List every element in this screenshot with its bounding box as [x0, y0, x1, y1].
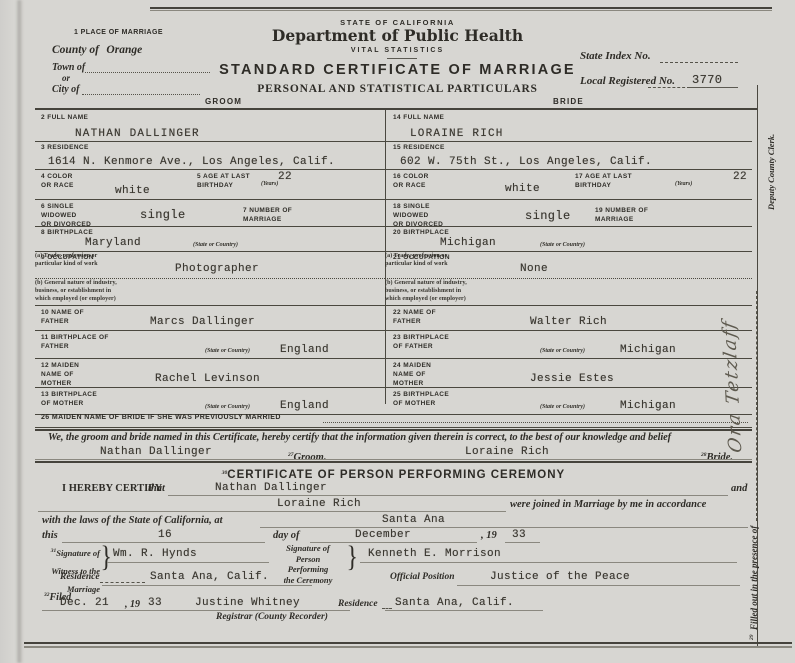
- official-position-label: Official Position: [390, 572, 454, 582]
- marriage-certificate-scan: 1 PLACE OF MARRIAGE County of Orange Tow…: [0, 0, 795, 663]
- official-position-underline: [457, 585, 740, 586]
- department-title: Department of Public Health: [0, 26, 795, 45]
- ceremony-title: CERTIFICATE OF PERSON PERFORMING CEREMON…: [227, 469, 565, 481]
- registrar-name: Justine Whitney: [195, 597, 300, 609]
- bride-marriage-number-label: 19 NUMBER OF MARRIAGE: [595, 206, 648, 224]
- bride-status-label: 18 SINGLE WIDOWED OR DIVORCED: [393, 202, 443, 229]
- margin-clerk-title-wrap: Deputy County Clerk.: [761, 100, 773, 210]
- bride-status-value: single: [525, 209, 571, 223]
- attestation-bride-signature: Loraine Rich: [465, 446, 549, 458]
- attestation-statement: We, the groom and bride named in this Ce…: [48, 432, 754, 443]
- local-registered-underline: [690, 87, 738, 88]
- that-text: that: [148, 483, 165, 494]
- witness-name: Wm. R. Hynds: [113, 548, 197, 560]
- groom-status-value: single: [140, 208, 186, 222]
- performer-name-underline: [360, 562, 737, 563]
- filed-residence-value: Santa Ana, Calif.: [395, 597, 514, 609]
- local-registered-line: [648, 87, 690, 88]
- day-of-text: day of: [273, 530, 300, 541]
- margin-sup: 29: [749, 635, 755, 641]
- clerk-signature: Ora Tetzlaff: [719, 318, 747, 454]
- bride-father-row: 22 NAME OF FATHER Walter Rich: [385, 306, 752, 331]
- previous-marriage-row: 26 MAIDEN NAME OF BRIDE IF SHE WAS PREVI…: [35, 404, 752, 428]
- bureau-title: VITAL STATISTICS: [0, 46, 795, 56]
- bride-father-birthplace-row: 23 BIRTHPLACE OF FATHER (State or Countr…: [385, 331, 752, 359]
- bride-mother-label: 24 MAIDEN NAME OF MOTHER: [393, 361, 431, 388]
- groom-full-name-value: NATHAN DALLINGER: [75, 128, 200, 140]
- filed-year-value: 33: [148, 597, 162, 609]
- bride-birthplace-label: 20 BIRTHPLACE: [393, 228, 449, 237]
- bride-age-label: 17 AGE AT LAST BIRTHDAY: [575, 172, 632, 190]
- performer-label: Signature of Person Performing the Cerem…: [277, 543, 339, 586]
- year-prefix-text: , 19: [481, 530, 497, 541]
- day-value: 16: [158, 529, 172, 541]
- groom-occupation-label: 9 OCCUPATION: [41, 253, 94, 262]
- filed-date-value: Dec. 21: [60, 597, 109, 609]
- filed-underline: [42, 610, 350, 611]
- table-top-rule: [35, 108, 757, 110]
- bride-full-name-label: 14 FULL NAME: [393, 113, 444, 122]
- groom-full-name-row: 2 FULL NAME NATHAN DALLINGER: [35, 111, 385, 142]
- place-value: Santa Ana: [382, 514, 445, 526]
- bride-occupation-label: 21 OCCUPATION: [393, 253, 450, 262]
- groom-column-label: GROOM: [205, 96, 242, 107]
- section-rule-2: [35, 461, 752, 463]
- groom-color-label: 4 COLOR OR RACE: [41, 172, 74, 190]
- filed-residence-leader: [382, 608, 392, 609]
- groom-father-birthplace-row: 11 BIRTHPLACE OF FATHER (State or Countr…: [35, 331, 385, 359]
- state-index-line: [660, 62, 738, 63]
- filed-residence-label: Residence: [338, 599, 378, 609]
- groom-birthplace-hint: (State or Country): [193, 242, 238, 248]
- bottom-rule-2: [24, 646, 792, 648]
- clerk-title: Deputy County Clerk.: [766, 134, 776, 210]
- bride-father-birthplace-value: Michigan: [620, 344, 676, 356]
- bride-full-name-value: LORAINE RICH: [410, 128, 504, 140]
- ceremony-groom-name: Nathan Dallinger: [215, 482, 327, 494]
- bride-status-row: 18 SINGLE WIDOWED OR DIVORCED single 19 …: [385, 200, 752, 227]
- groom-color-value: white: [115, 185, 150, 197]
- bride-residence-row: 15 RESIDENCE 602 W. 75th St., Los Angele…: [385, 142, 752, 170]
- bride-column: 14 FULL NAME LORAINE RICH 15 RESIDENCE 6…: [385, 111, 752, 415]
- groom-birthplace-row: 8 BIRTHPLACE Maryland (State or Country): [35, 227, 385, 252]
- certificate-subtitle: PERSONAL AND STATISTICAL PARTICULARS: [0, 83, 795, 95]
- groom-occupation-b-row: (b) General nature of industry, business…: [35, 279, 385, 306]
- performer-name: Kenneth E. Morrison: [368, 548, 501, 560]
- groom-marriage-number-label: 7 NUMBER OF MARRIAGE: [243, 206, 292, 224]
- groom-column: 2 FULL NAME NATHAN DALLINGER 3 RESIDENCE…: [35, 111, 385, 415]
- ceremony-title-group: 30CERTIFICATE OF PERSON PERFORMING CEREM…: [35, 465, 752, 483]
- laws-text: with the laws of the State of California…: [42, 515, 223, 526]
- groom-father-row: 10 NAME OF FATHER Marcs Dallinger: [35, 306, 385, 331]
- bride-occupation-b-row: (b) General nature of industry, business…: [385, 279, 752, 306]
- bride-residence-value: 602 W. 75th St., Los Angeles, Calif.: [400, 156, 652, 168]
- witness-residence-leader: [100, 582, 145, 583]
- ceremony-line-3: [260, 527, 748, 528]
- groom-full-name-label: 2 FULL NAME: [41, 113, 88, 122]
- groom-age-label: 5 AGE AT LAST BIRTHDAY: [197, 172, 250, 190]
- groom-mother-row: 12 MAIDEN NAME OF MOTHER Rachel Levinson: [35, 359, 385, 388]
- this-text: this: [42, 530, 58, 541]
- groom-father-value: Marcs Dallinger: [150, 316, 255, 328]
- groom-birthplace-value: Maryland: [85, 237, 141, 249]
- filed-year-prefix: , 19: [125, 599, 140, 610]
- previous-marriage-leader: [323, 422, 748, 423]
- top-rule: [150, 7, 772, 9]
- groom-age-unit: (Years): [261, 181, 278, 187]
- groom-mother-value: Rachel Levinson: [155, 373, 260, 385]
- state-index-label: State Index No.: [580, 50, 651, 62]
- groom-father-birthplace-hint: (State or Country): [205, 348, 250, 354]
- bride-father-label: 22 NAME OF FATHER: [393, 308, 436, 326]
- registrar-label: Registrar (County Recorder): [216, 612, 328, 622]
- groom-status-label: 6 SINGLE WIDOWED OR DIVORCED: [41, 202, 91, 229]
- witness-residence-value: Santa Ana, Calif.: [150, 571, 269, 583]
- bride-occupation-sub-b: (b) General nature of industry, business…: [385, 279, 752, 303]
- bride-birthplace-hint: (State or Country): [540, 242, 585, 248]
- bride-occupation-value: None: [520, 263, 548, 275]
- bride-father-value: Walter Rich: [530, 316, 607, 328]
- official-position-value: Justice of the Peace: [490, 571, 630, 583]
- bride-birthplace-value: Michigan: [440, 237, 496, 249]
- certificate-title: STANDARD CERTIFICATE OF MARRIAGE: [0, 62, 795, 78]
- groom-mother-label: 12 MAIDEN NAME OF MOTHER: [41, 361, 79, 388]
- groom-residence-value: 1614 N. Kenmore Ave., Los Angeles, Calif…: [48, 156, 335, 168]
- bride-color-value: white: [505, 183, 540, 195]
- margin-signature-wrap: Ora Tetzlaff: [722, 212, 750, 452]
- bride-column-label: BRIDE: [553, 96, 584, 107]
- local-registered-value: 3770: [692, 73, 722, 87]
- bride-full-name-row: 14 FULL NAME LORAINE RICH: [385, 111, 752, 142]
- bride-color-age-row: 16 COLOR OR RACE 17 AGE AT LAST BIRTHDAY…: [385, 170, 752, 200]
- groom-father-label: 10 NAME OF FATHER: [41, 308, 84, 326]
- year-value: 33: [512, 529, 526, 541]
- groom-residence-label: 3 RESIDENCE: [41, 143, 89, 152]
- bride-residence-label: 15 RESIDENCE: [393, 143, 445, 152]
- witness-residence-label: Residence: [60, 572, 100, 582]
- page-fold-shadow: [16, 0, 23, 663]
- bride-color-label: 16 COLOR OR RACE: [393, 172, 429, 190]
- attestation-underline: [35, 459, 752, 460]
- bride-occupation-a-row: 21 OCCUPATION (a) Trade, profession or p…: [385, 252, 752, 279]
- groom-father-birthplace-label: 11 BIRTHPLACE OF FATHER: [41, 333, 109, 351]
- top-rule-2: [150, 10, 772, 11]
- bride-father-birthplace-label: 23 BIRTHPLACE OF FATHER: [393, 333, 449, 351]
- groom-color-age-row: 4 COLOR OR RACE 5 AGE AT LAST BIRTHDAY 2…: [35, 170, 385, 200]
- bride-birthplace-row: 20 BIRTHPLACE Michigan (State or Country…: [385, 227, 752, 252]
- ceremony-line-4c: [505, 542, 540, 543]
- joined-text: were joined in Marriage by me in accorda…: [510, 499, 706, 510]
- ceremony-line-2: [38, 511, 506, 512]
- bride-mother-value: Jessie Estes: [530, 373, 614, 385]
- performer-brace: }: [346, 540, 358, 574]
- local-registered-label: Local Registered No.: [580, 75, 675, 87]
- filed-residence-underline: [385, 610, 543, 611]
- previous-marriage-label: 26 MAIDEN NAME OF BRIDE IF SHE WAS PREVI…: [41, 413, 281, 423]
- groom-occupation-a-row: 9 OCCUPATION (a) Trade, profession or pa…: [35, 252, 385, 279]
- groom-occupation-sub-b: (b) General nature of industry, business…: [35, 279, 385, 303]
- groom-birthplace-label: 8 BIRTHPLACE: [41, 228, 93, 237]
- groom-age-value: 22: [278, 171, 292, 183]
- ceremony-line-1: [168, 495, 728, 496]
- witness-brace: }: [100, 540, 112, 574]
- margin-text: Filled out in the presence of: [749, 526, 759, 630]
- bride-age-unit: (Years): [675, 181, 692, 187]
- attestation-groom-signature: Nathan Dallinger: [100, 446, 212, 458]
- bride-father-birthplace-hint: (State or Country): [540, 348, 585, 354]
- month-value: December: [355, 529, 411, 541]
- groom-occupation-value: Photographer: [175, 263, 259, 275]
- bureau-underline: [387, 58, 417, 59]
- ceremony-bride-name: Loraine Rich: [277, 498, 361, 510]
- groom-status-row: 6 SINGLE WIDOWED OR DIVORCED single 7 NU…: [35, 200, 385, 227]
- bride-mother-row: 24 MAIDEN NAME OF MOTHER Jessie Estes: [385, 359, 752, 388]
- witness-name-underline: [107, 562, 269, 563]
- section-rule-1: [35, 429, 752, 431]
- groom-father-birthplace-value: England: [280, 344, 329, 356]
- bottom-rule: [24, 642, 792, 644]
- groom-residence-row: 3 RESIDENCE 1614 N. Kenmore Ave., Los An…: [35, 142, 385, 170]
